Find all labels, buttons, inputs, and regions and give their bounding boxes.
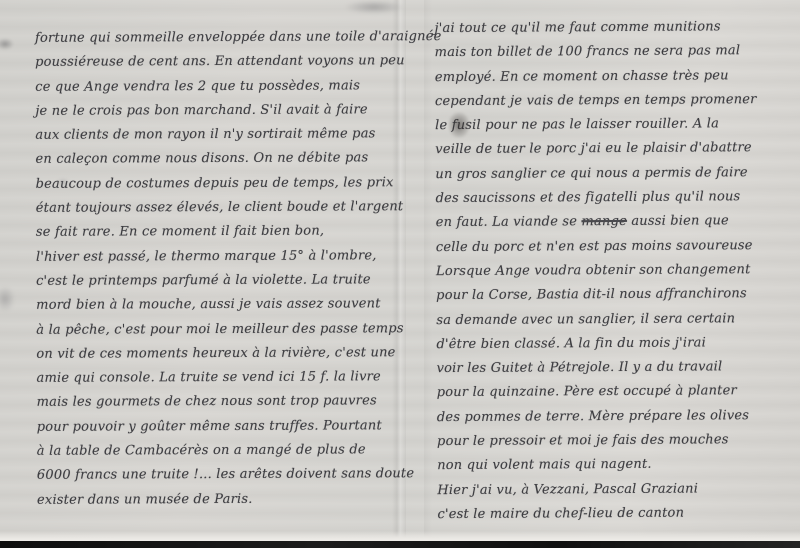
handwritten-line: poussiéreuse de cent ans. En attendant v… <box>35 49 403 75</box>
handwritten-line: pour le pressoir et moi je fais des mouc… <box>437 428 793 454</box>
handwritten-line: Hier j'ai vu, à Vezzani, Pascal Graziani <box>437 477 793 503</box>
handwritten-line: le fusil pour ne pas le laisser rouiller… <box>435 112 791 138</box>
crossed-out-word: mange <box>581 214 627 229</box>
handwritten-line: étant toujours assez élevés, le client b… <box>36 195 404 221</box>
handwritten-line: 6000 francs une truite !... les arêtes d… <box>37 463 405 489</box>
handwritten-line: amie qui console. La truite se vend ici … <box>36 365 404 391</box>
letter-page-right: j'ai tout ce qu'il me faut comme munitio… <box>434 15 793 527</box>
handwritten-line: sa demande avec un sanglier, il sera cer… <box>436 306 792 332</box>
paper-smudge <box>0 286 15 312</box>
handwritten-line: non qui volent mais qui nagent. <box>437 452 793 478</box>
handwritten-line: pour pouvoir y goûter même sans truffes.… <box>37 414 405 440</box>
handwritten-line: c'est le printemps parfumé à la violette… <box>36 268 404 294</box>
scan-background-edge <box>0 541 800 548</box>
handwritten-line: en caleçon comme nous disons. On ne débi… <box>35 147 403 173</box>
handwritten-line: des pommes de terre. Mère prépare les ol… <box>437 404 793 430</box>
handwritten-line: pour la Corse, Bastia dit-il nous affran… <box>436 282 792 308</box>
handwritten-line: pour la quinzaine. Père est occupé à pla… <box>437 379 793 405</box>
handwritten-line: voir les Guitet à Pétrejole. Il y a du t… <box>437 355 793 381</box>
handwritten-line: Lorsque Ange voudra obtenir son changeme… <box>436 258 792 284</box>
handwritten-line: mais les gourmets de chez nous sont trop… <box>37 390 405 416</box>
handwritten-line: je ne le crois pas bon marchand. S'il av… <box>35 98 403 124</box>
handwritten-line: aux clients de mon rayon il n'y sortirai… <box>35 122 403 148</box>
letter-scan: fortune qui sommeille enveloppée dans un… <box>0 0 800 548</box>
paper-smudge <box>0 38 14 50</box>
handwritten-line: d'être bien classé. A la fin du mois j'i… <box>436 331 792 357</box>
handwritten-line: fortune qui sommeille enveloppée dans un… <box>35 25 403 51</box>
handwritten-line: beaucoup de costumes depuis peu de temps… <box>36 171 404 197</box>
handwritten-line: l'hiver est passé, le thermo marque 15° … <box>36 244 404 270</box>
handwritten-line: un gros sanglier ce qui nous a permis de… <box>435 161 791 187</box>
handwritten-line: exister dans un musée de Paris. <box>37 487 405 513</box>
page-fold-shadow <box>424 0 432 548</box>
handwritten-line: c'est le maire du chef-lieu de canton <box>437 501 793 527</box>
handwritten-line: à la pêche, c'est pour moi le meilleur d… <box>36 317 404 343</box>
handwritten-line: j'ai tout ce qu'il me faut comme munitio… <box>434 15 790 41</box>
handwritten-line: cependant je vais de temps en temps prom… <box>435 88 791 114</box>
handwritten-line: on vit de ces moments heureux à la riviè… <box>36 341 404 367</box>
handwritten-line: veille de tuer le porc j'ai eu le plaisi… <box>435 136 791 162</box>
handwritten-line: ce que Ange vendra les 2 que tu possèdes… <box>35 74 403 100</box>
handwritten-line: mais ton billet de 100 francs ne sera pa… <box>435 39 791 65</box>
handwritten-line: à la table de Cambacérès on a mangé de p… <box>37 438 405 464</box>
handwritten-line: se fait rare. En ce moment il fait bien … <box>36 220 404 246</box>
handwritten-line: employé. En ce moment on chasse très peu <box>435 64 791 90</box>
handwritten-line: mord bien à la mouche, aussi je vais ass… <box>36 292 404 318</box>
handwritten-line: des saucissons et des figatelli plus qu'… <box>435 185 791 211</box>
scan-paper-edge <box>0 531 800 541</box>
handwritten-line: celle du porc et n'en est pas moins savo… <box>436 234 792 260</box>
letter-page-left: fortune qui sommeille enveloppée dans un… <box>35 25 405 513</box>
handwritten-line: en faut. La viande se mange aussi bien q… <box>436 209 792 235</box>
